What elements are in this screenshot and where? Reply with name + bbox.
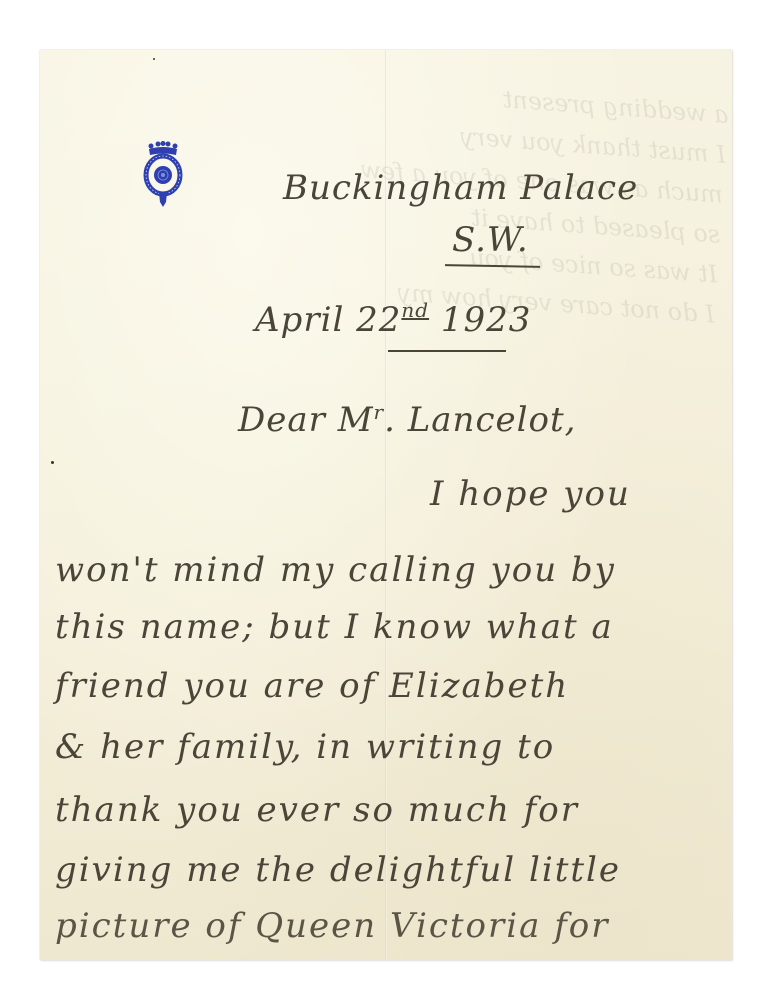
page-stage: a wedding present I must thank you very … — [0, 0, 776, 1000]
date-month-day: April 22 — [255, 300, 401, 340]
ink-speck — [51, 461, 54, 464]
salutation-abbrev: r — [374, 400, 385, 424]
salutation-name: . Lancelot, — [384, 400, 576, 440]
royal-crest-icon — [142, 140, 184, 210]
body-line: giving me the delightful little — [55, 850, 621, 890]
body-line: picture of Queen Victoria for — [55, 906, 610, 946]
body-line: & her family, in writing to — [55, 727, 555, 767]
address-underline — [445, 264, 540, 268]
letter-date: April 22nd 1923 — [255, 298, 531, 340]
salutation: Dear Mr. Lancelot, — [238, 400, 576, 440]
address-line-1: Buckingham Palace — [283, 168, 638, 208]
letter-paper: a wedding present I must thank you very … — [40, 50, 732, 960]
date-year: 1923 — [441, 300, 532, 340]
date-underline — [388, 350, 506, 352]
date-suffix: nd — [401, 298, 429, 322]
body-line: this name; but I know what a — [55, 607, 614, 647]
body-line: I hope you — [430, 474, 631, 514]
ink-speck — [153, 58, 155, 60]
body-line: won't mind my calling you by — [55, 550, 616, 590]
body-line: thank you ever so much for — [55, 790, 579, 830]
body-line: friend you are of Elizabeth — [55, 666, 569, 706]
address-line-2: S.W. — [452, 220, 529, 260]
salutation-prefix: Dear M — [238, 400, 374, 440]
